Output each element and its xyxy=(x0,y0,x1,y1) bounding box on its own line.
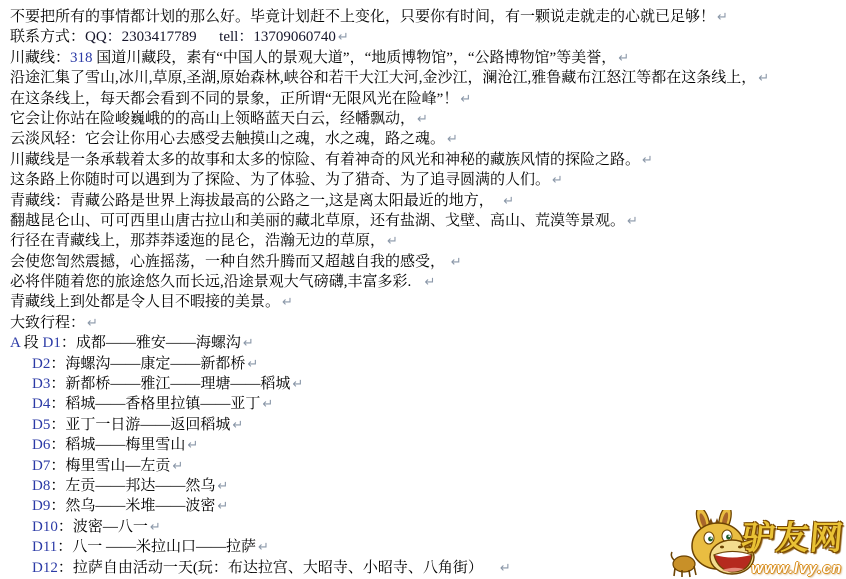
paragraph-return-mark-icon: ↵ xyxy=(627,214,638,229)
paragraph-return-mark-icon: ↵ xyxy=(282,295,293,310)
paragraph-return-mark-icon: ↵ xyxy=(217,479,228,494)
text-line: 在这条线上，每天都会看到不同的景象，正所谓“无限风光在险峰”！↵ xyxy=(10,89,846,109)
text-line: 川藏线：318 国道川藏段，素有“中国人的景观大道”，“地质博物馆”，“公路博物… xyxy=(10,48,846,68)
text-line: 沿途汇集了雪山,冰川,草原,圣湖,原始森林,峡谷和若干大江大河,金沙江，澜沧江,… xyxy=(10,68,846,88)
site-name: 驴友网 xyxy=(740,512,846,559)
text-line: 它会让你站在险峻巍峨的的高山上领略蓝天白云，经幡飘动，↵ xyxy=(10,109,846,129)
text-line: 云淡风轻：它会让你用心去感受去触摸山之魂，水之魂，路之魂。↵ xyxy=(10,129,846,149)
paragraph-return-mark-icon: ↵ xyxy=(258,540,269,555)
text-line: 大致行程：↵ xyxy=(10,313,846,333)
paragraph-return-mark-icon: ↵ xyxy=(447,132,458,147)
text-line: 川藏线是一条承载着太多的故事和太多的惊险、有着神奇的风光和神秘的藏族风情的探险之… xyxy=(10,150,846,170)
text-line: D3：新都桥——雅江——理塘——稻城↵ xyxy=(10,374,846,394)
paragraph-return-mark-icon: ↵ xyxy=(247,357,258,372)
text-line: 青藏线上到处都是令人目不暇接的美景。↵ xyxy=(10,292,846,312)
paragraph-return-mark-icon: ↵ xyxy=(717,10,728,25)
paragraph-return-mark-icon: ↵ xyxy=(262,397,273,412)
text-line: 不要把所有的事情都计划的那么好。毕竟计划赶不上变化，只要你有时间，有一颗说走就走… xyxy=(10,7,846,27)
text-line: D8：左贡——邦达——然乌↵ xyxy=(10,476,846,496)
paragraph-return-mark-icon: ↵ xyxy=(500,561,511,576)
site-logo: 驴友网 www.lvy.cn xyxy=(670,508,844,578)
paragraph-return-mark-icon: ↵ xyxy=(387,234,398,249)
paragraph-return-mark-icon: ↵ xyxy=(425,275,436,290)
text-line: A 段 D1：成都——雅安——海螺沟↵ xyxy=(10,333,846,353)
paragraph-return-mark-icon: ↵ xyxy=(187,438,198,453)
paragraph-return-mark-icon: ↵ xyxy=(232,418,243,433)
paragraph-return-mark-icon: ↵ xyxy=(460,92,471,107)
paragraph-return-mark-icon: ↵ xyxy=(292,377,303,392)
text-line: 行径在青藏线上，那莽莽逶迤的昆仑，浩瀚无边的草原，↵ xyxy=(10,231,846,251)
text-line: 必将伴随着您的旅途悠久而长远,沿途景观大气磅礴,丰富多彩. ↵ xyxy=(10,272,846,292)
site-url: www.lvy.cn xyxy=(751,560,842,577)
text-line: 会使您訇然震撼，心旌摇荡，一种自然升腾而又超越自我的感受， ↵ xyxy=(10,252,846,272)
paragraph-return-mark-icon: ↵ xyxy=(642,153,653,168)
paragraph-return-mark-icon: ↵ xyxy=(552,173,563,188)
paragraph-return-mark-icon: ↵ xyxy=(217,499,228,514)
text-line: D4：稻城——香格里拉镇——亚丁↵ xyxy=(10,394,846,414)
paragraph-return-mark-icon: ↵ xyxy=(451,255,462,270)
text-line: 这条路上你随时可以遇到为了探险、为了体验、为了猎奇、为了追寻圆满的人们。↵ xyxy=(10,170,846,190)
text-line: D6：稻城——梅里雪山↵ xyxy=(10,435,846,455)
text-line: D2：海螺沟——康定——新都桥↵ xyxy=(10,354,846,374)
text-line: 联系方式：QQ：2303417789 tell：13709060740↵ xyxy=(10,27,846,47)
paragraph-return-mark-icon: ↵ xyxy=(87,316,98,331)
paragraph-return-mark-icon: ↵ xyxy=(150,520,161,535)
text-line: 青藏线：青藏公路是世界上海拔最高的公路之一,这是离太阳最近的地方， ↵ xyxy=(10,191,846,211)
paragraph-return-mark-icon: ↵ xyxy=(503,194,514,209)
document-body: 不要把所有的事情都计划的那么好。毕竟计划赶不上变化，只要你有时间，有一颗说走就走… xyxy=(10,7,846,578)
paragraph-return-mark-icon: ↵ xyxy=(338,30,349,45)
paragraph-return-mark-icon: ↵ xyxy=(417,112,428,127)
paragraph-return-mark-icon: ↵ xyxy=(618,51,629,66)
paragraph-return-mark-icon: ↵ xyxy=(758,71,769,86)
paragraph-return-mark-icon: ↵ xyxy=(243,336,254,351)
text-line: D5：亚丁一日游——返回稻城↵ xyxy=(10,415,846,435)
text-line: D7：梅里雪山—左贡↵ xyxy=(10,456,846,476)
paragraph-return-mark-icon: ↵ xyxy=(172,459,183,474)
text-line: 翻越昆仑山、可可西里山唐古拉山和美丽的藏北草原，还有盐湖、戈壁、高山、荒漠等景观… xyxy=(10,211,846,231)
